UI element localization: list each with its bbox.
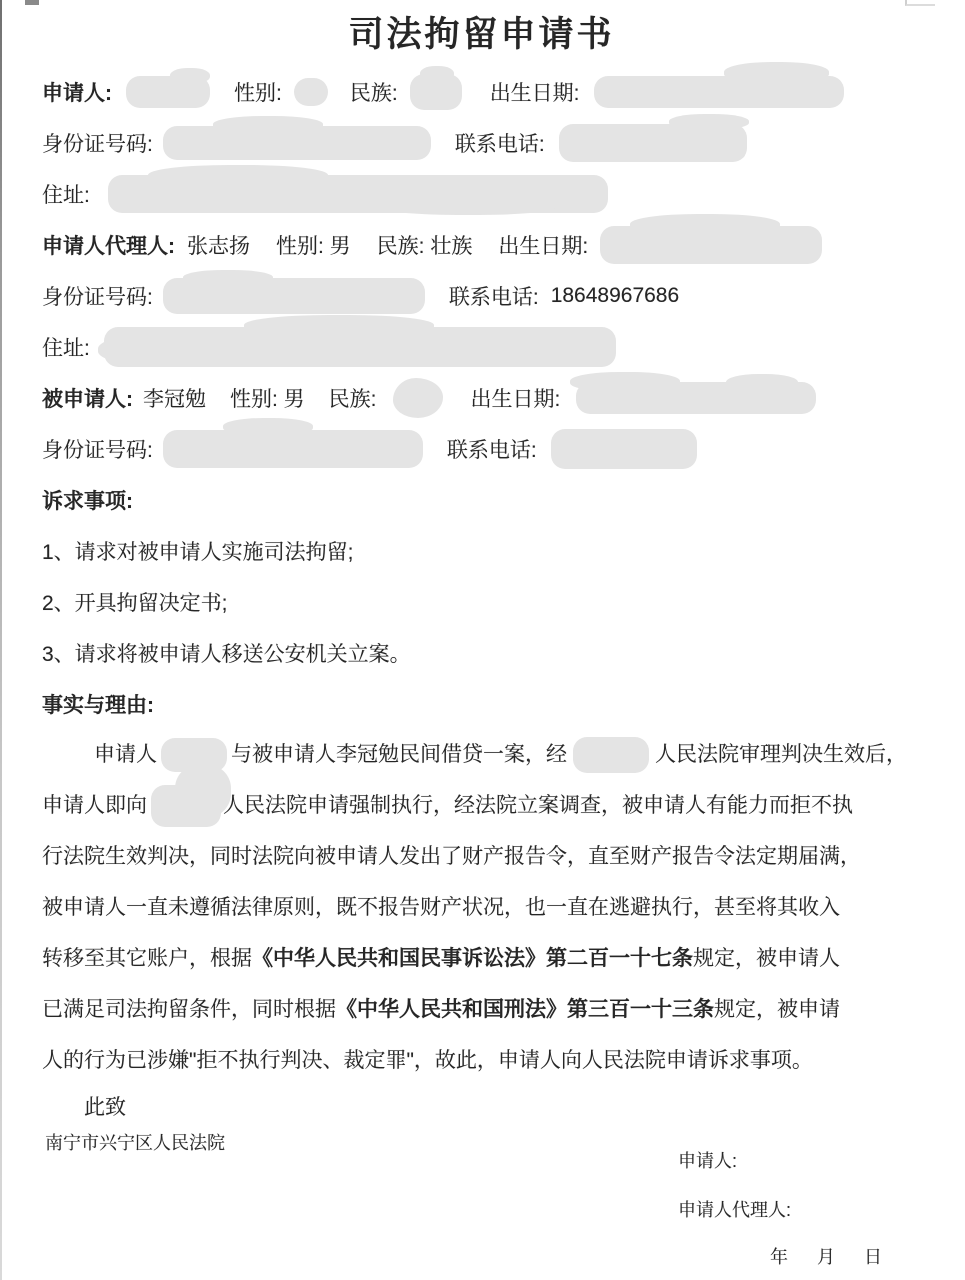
scan-artifact-topright xyxy=(905,0,935,6)
facts-paragraph: 申请人与被申请人李冠勉民间借贷一案，经人民法院审理判决生效后，申请人即向人民法院… xyxy=(42,729,921,1086)
party-info-row: 身份证号码:联系电话: xyxy=(42,423,921,474)
text-segment: 出生日期: xyxy=(471,383,561,413)
text-segment: 人民法院审理判决生效后， xyxy=(655,729,907,780)
facts-line: 行法院生效判决，同时法院向被申请人发出了财产报告令，直至财产报告令法定期届满， xyxy=(42,831,921,882)
text-segment: 民族: xyxy=(329,383,377,413)
text-segment: 身份证号码: xyxy=(42,434,153,464)
facts-line: 已满足司法拘留条件，同时根据《中华人民共和国刑法》第三百一十三条规定，被申请 xyxy=(42,984,921,1035)
redaction-blob-bump xyxy=(244,315,434,337)
text-segment: 申请人即向 xyxy=(42,780,147,831)
claims-heading: 诉求事项: xyxy=(42,474,921,525)
text-segment: 民族: xyxy=(350,77,398,107)
redaction-blob-bump xyxy=(601,447,681,465)
redaction-blob xyxy=(104,327,616,367)
text-segment: 联系电话: xyxy=(455,128,545,158)
text-segment: 住址: xyxy=(42,332,90,362)
bold-text-segment: 《中华人民共和国民事诉讼法》第二百一十七条 xyxy=(252,933,693,984)
text-segment: 已满足司法拘留条件，同时根据 xyxy=(42,984,336,1035)
redaction-blob-bump xyxy=(368,191,568,215)
text-segment: 身份证号码: xyxy=(42,128,153,158)
party-info-row: 住址: xyxy=(42,321,921,372)
text-segment: 人的行为已涉嫌"拒不执行判决、裁定罪"，故此，申请人向人民法院申请诉求事项。 xyxy=(42,1035,813,1086)
text-segment: 规定，被申请 xyxy=(714,984,840,1035)
facts-line: 被申请人一直未遵循法律原则，既不报告财产状况，也一直在逃避执行，甚至将其收入 xyxy=(42,882,921,933)
text-segment: 住址: xyxy=(42,179,90,209)
redaction-blob xyxy=(393,378,443,418)
text-segment: 李冠勉 xyxy=(143,383,206,413)
redaction-blob-bump xyxy=(699,146,745,162)
redaction-blob xyxy=(551,429,697,469)
redaction-blob-bump xyxy=(420,66,454,82)
signature-agent-label: 申请人代理人: xyxy=(678,1196,791,1222)
bold-text-segment: 被申请人: xyxy=(42,383,133,413)
facts-line: 人的行为已涉嫌"拒不执行判决、裁定罪"，故此，申请人向人民法院申请诉求事项。 xyxy=(42,1035,921,1086)
redaction-blob-bump xyxy=(148,165,328,187)
text-segment: 规定，被申请人 xyxy=(693,933,840,984)
redaction-blob xyxy=(576,382,816,414)
text-segment: 民族: 壮族 xyxy=(377,230,473,260)
redaction-blob xyxy=(559,124,747,162)
text-segment: 联系电话: xyxy=(449,281,539,311)
redaction-blob xyxy=(163,430,423,468)
party-info-row: 申请人:性别:民族:出生日期: xyxy=(42,66,921,117)
redaction-blob xyxy=(573,737,649,773)
claims-list: 1、请求对被申请人实施司法拘留;2、开具拘留决定书;3、请求将被申请人移送公安机… xyxy=(42,525,921,678)
redaction-blob-bump xyxy=(243,292,373,310)
text-segment: 性别: 男 xyxy=(230,383,305,413)
redaction-blob-bump xyxy=(223,418,313,436)
text-segment: 性别: 男 xyxy=(276,230,351,260)
redaction-blob xyxy=(108,175,608,213)
text-segment: 转移至其它账户，根据 xyxy=(42,933,252,984)
party-info-row: 被申请人:李冠勉性别: 男民族:出生日期: xyxy=(42,372,921,423)
redaction-blob xyxy=(126,76,210,108)
facts-line: 申请人与被申请人李冠勉民间借贷一案，经人民法院审理判决生效后， xyxy=(42,729,921,780)
claim-item: 1、请求对被申请人实施司法拘留; xyxy=(42,525,921,576)
party-info-row: 身份证号码:联系电话:18648967686 xyxy=(42,270,921,321)
redaction-blob-bump xyxy=(724,62,829,84)
text-segment: 行法院生效判决，同时法院向被申请人发出了财产报告令，直至财产报告令法定期届满， xyxy=(42,831,861,882)
redaction-blob xyxy=(294,78,328,106)
facts-line: 申请人即向人民法院申请强制执行，经法院立案调查，被申请人有能力而拒不执 xyxy=(42,780,921,831)
text-segment: 张志扬 xyxy=(187,230,250,260)
redaction-blob-bump xyxy=(170,68,210,84)
party-info-row: 身份证号码:联系电话: xyxy=(42,117,921,168)
document-content: 司法拘留申请书 申请人:性别:民族:出生日期:身份证号码:联系电话:住址:申请人… xyxy=(0,0,965,1156)
text-segment: 出生日期: xyxy=(498,230,588,260)
scan-edge-left xyxy=(0,0,2,1280)
redaction-blob-bump xyxy=(669,114,749,130)
text-segment: 与被申请人李冠勉民间借贷一案，经 xyxy=(231,729,567,780)
text-segment: 联系电话: xyxy=(447,434,537,464)
redaction-blob-bump xyxy=(570,372,680,392)
redaction-blob xyxy=(161,738,227,772)
redaction-blob-bump xyxy=(343,134,423,152)
redaction-blob-bump xyxy=(313,442,383,460)
text-segment: 人民法院申请强制执行，经法院立案调查，被申请人有能力而拒不执 xyxy=(223,780,853,831)
document-page: 司法拘留申请书 申请人:性别:民族:出生日期:身份证号码:联系电话:住址:申请人… xyxy=(0,0,965,1280)
bold-text-segment: 《中华人民共和国刑法》第三百一十三条 xyxy=(336,984,714,1035)
redaction-blob-bump xyxy=(98,337,178,363)
party-info-row: 住址: xyxy=(42,168,921,219)
redaction-blob-bump xyxy=(630,214,780,236)
facts-heading: 事实与理由: xyxy=(42,678,921,729)
scan-artifact-topleft xyxy=(25,0,39,5)
text-segment: 出生日期: xyxy=(490,77,580,107)
redaction-blob xyxy=(410,74,462,110)
redaction-blob-bump xyxy=(548,183,606,213)
facts-line: 转移至其它账户，根据《中华人民共和国民事诉讼法》第二百一十七条规定，被申请人 xyxy=(42,933,921,984)
redaction-blob xyxy=(151,785,221,827)
redaction-blob xyxy=(163,278,425,314)
bold-text-segment: 申请人: xyxy=(42,77,112,107)
redaction-blob-bump xyxy=(183,270,273,286)
signature-date-line: 年 月 日 xyxy=(770,1243,884,1269)
text-segment: 申请人 xyxy=(94,729,157,780)
party-info-row: 申请人代理人:张志扬性别: 男民族: 壮族出生日期: xyxy=(42,219,921,270)
claim-item: 3、请求将被申请人移送公安机关立案。 xyxy=(42,627,921,678)
text-segment: 身份证号码: xyxy=(42,281,153,311)
redaction-blob-bump xyxy=(726,374,798,392)
text-segment: 被申请人一直未遵循法律原则，既不报告财产状况，也一直在逃避执行，甚至将其收入 xyxy=(42,882,840,933)
claim-item: 2、开具拘留决定书; xyxy=(42,576,921,627)
redaction-blob-bump xyxy=(213,116,323,134)
redaction-blob-bump xyxy=(624,86,714,108)
signature-applicant-label: 申请人: xyxy=(678,1147,737,1173)
redaction-blob-bump xyxy=(760,240,816,262)
salute-line: 此致 xyxy=(42,1086,921,1130)
bold-text-segment: 申请人代理人: xyxy=(42,230,175,260)
page-title: 司法拘留申请书 xyxy=(42,12,921,58)
redaction-blob xyxy=(594,76,844,108)
redaction-blob xyxy=(163,126,431,160)
court-name: 南宁市兴宁区人民法院 xyxy=(42,1130,921,1156)
redaction-blob xyxy=(600,226,822,264)
text-segment: 18648967686 xyxy=(551,284,679,308)
redaction-blob-bump xyxy=(464,339,594,365)
party-info-section: 申请人:性别:民族:出生日期:身份证号码:联系电话:住址:申请人代理人:张志扬性… xyxy=(42,66,921,474)
text-segment: 性别: xyxy=(234,77,282,107)
